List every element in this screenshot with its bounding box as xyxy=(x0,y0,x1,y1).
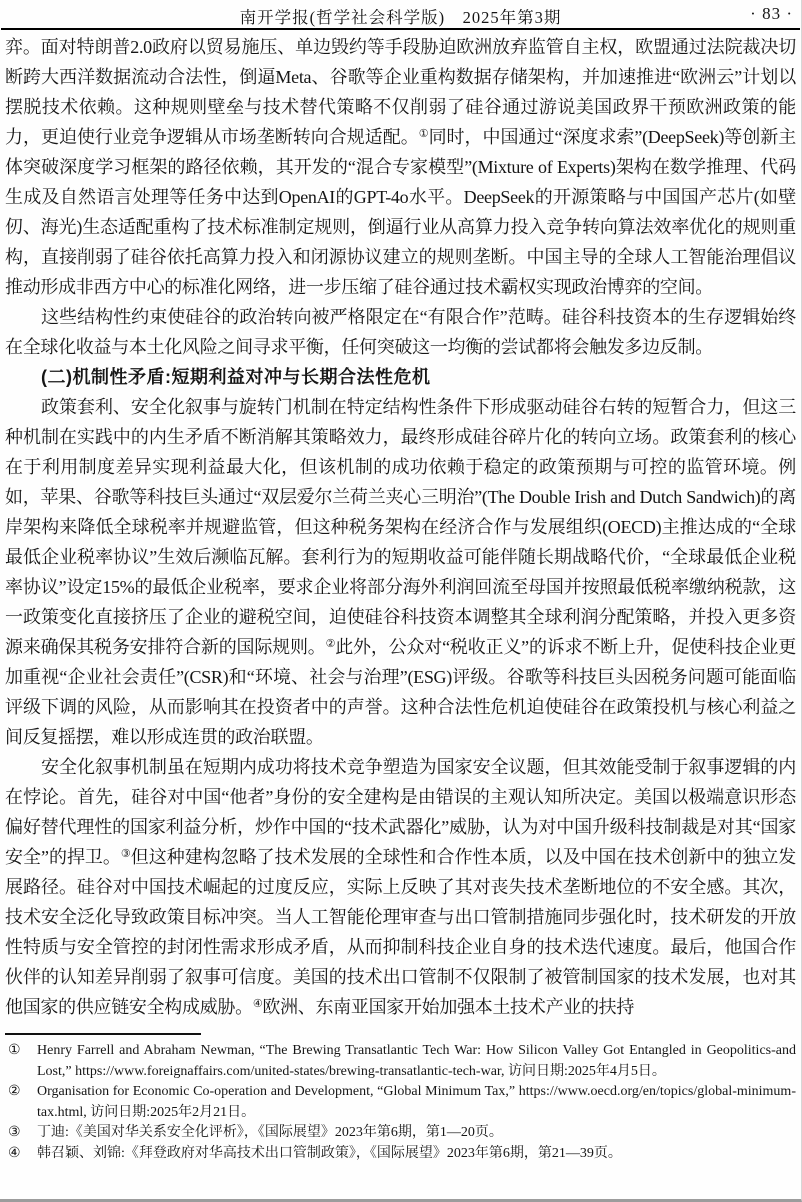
footnotes-section: ① Henry Farrell and Abraham Newman, “The… xyxy=(5,1041,796,1164)
footnote-separator xyxy=(5,1033,201,1035)
footnote-text: Henry Farrell and Abraham Newman, “The B… xyxy=(37,1041,796,1082)
footnote: ④ 韩召颖、刘锦:《拜登政府对华高技术出口管制政策》，《国际展望》2023年第6… xyxy=(5,1144,796,1165)
body-paragraph: 安全化叙事机制虽在短期内成功将技术竞争塑造为国家安全议题，但其效能受制于叙事逻辑… xyxy=(5,752,796,1022)
footnote: ③ 丁迪:《美国对华关系安全化评析》，《国际展望》2023年第6期，第1—20页… xyxy=(5,1123,796,1144)
footnote-marker: ① xyxy=(5,1041,37,1082)
body-paragraph: 政策套利、安全化叙事与旋转门机制在特定结构性条件下形成驱动硅谷右转的短暂合力，但… xyxy=(5,392,796,752)
journal-page: 南开学报(哲学社会科学版) 2025年第3期 · 83 · 弈。面对特朗普2.0… xyxy=(0,0,802,1202)
footnote-text: Organisation for Economic Co-operation a… xyxy=(37,1082,796,1123)
footnote-text: 丁迪:《美国对华关系安全化评析》，《国际展望》2023年第6期，第1—20页。 xyxy=(37,1123,796,1144)
footnote-marker: ② xyxy=(5,1082,37,1123)
body-paragraph-continuation: 弈。面对特朗普2.0政府以贸易施压、单边毁约等手段胁迫欧洲放弃监管自主权，欧盟通… xyxy=(5,32,796,302)
journal-title: 南开学报(哲学社会科学版) 2025年第3期 xyxy=(2,4,799,28)
footnote-marker: ④ xyxy=(5,1144,37,1165)
header-rule xyxy=(1,28,800,30)
body-paragraph: 这些结构性约束使硅谷的政治转向被严格限定在“有限合作”范畴。硅谷科技资本的生存逻… xyxy=(5,302,796,362)
page-number: · 83 · xyxy=(750,4,793,24)
section-heading: (二)机制性矛盾:短期利益对冲与长期合法性危机 xyxy=(5,362,796,392)
footnote: ① Henry Farrell and Abraham Newman, “The… xyxy=(5,1041,796,1082)
footnote: ② Organisation for Economic Co-operation… xyxy=(5,1082,796,1123)
footnote-marker: ③ xyxy=(5,1123,37,1144)
page-header: 南开学报(哲学社会科学版) 2025年第3期 · 83 · xyxy=(2,0,799,28)
footnote-text: 韩召颖、刘锦:《拜登政府对华高技术出口管制政策》，《国际展望》2023年第6期，… xyxy=(37,1144,796,1165)
article-body: 弈。面对特朗普2.0政府以贸易施压、单边毁约等手段胁迫欧洲放弃监管自主权，欧盟通… xyxy=(5,32,796,1022)
